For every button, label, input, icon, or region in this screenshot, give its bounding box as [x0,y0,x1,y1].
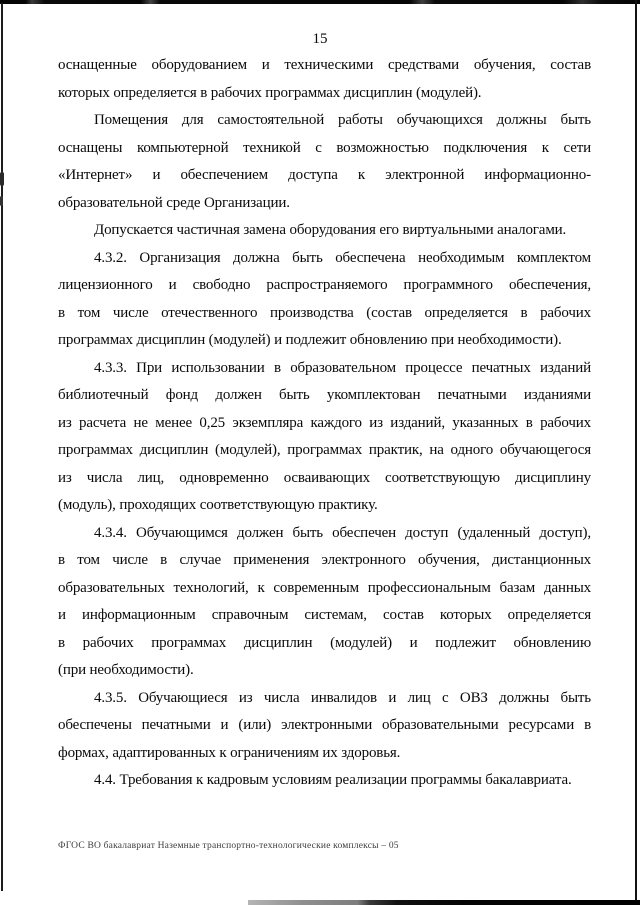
scan-artifact-blob [0,172,4,186]
scan-artifact-right-border [635,0,637,902]
text-line: формах, адаптированных к ограничениям их… [58,740,591,768]
text-line: оснащены компьютерной техникой с возможн… [58,135,591,163]
text-line: «Интернет» и обеспечением доступа к элек… [58,162,591,190]
text-line: и информационным справочным системам, со… [58,602,591,630]
text-line: 4.3.5. Обучающиеся из числа инвалидов и … [58,685,591,713]
text-line: которых определяется в рабочих программа… [58,80,591,108]
text-line: обеспечены печатными и (или) электронным… [58,712,591,740]
footer-text: ФГОС ВО бакалавриат Наземные транспортно… [58,841,598,851]
text-line: образовательной среде Организации. [58,190,591,218]
text-line: из числа лиц, одновременно осваивающих с… [58,465,591,493]
text-line: (модуль), проходящих соответствующую пра… [58,492,591,520]
document-body: оснащенные оборудованием и техническими … [58,52,591,795]
page-number: 15 [0,31,640,48]
scan-artifact-left-border [1,3,3,891]
text-line: в том числе отечественного производства … [58,300,591,328]
text-line: образовательных технологий, к современны… [58,575,591,603]
scan-artifact-blob [0,196,3,206]
text-line: лицензионного и свободно распространяемо… [58,272,591,300]
text-line: 4.3.2. Организация должна быть обеспечен… [58,245,591,273]
text-line: (при необходимости). [58,657,591,685]
text-line: в рабочих программах дисциплин (модулей)… [58,630,591,658]
text-line: из расчета не менее 0,25 экземпляра кажд… [58,410,591,438]
text-line: 4.4. Требования к кадровым условиям реал… [58,767,591,795]
text-line: программах дисциплин (модулей) и подлежи… [58,327,591,355]
text-line: библиотечный фонд должен быть укомплекто… [58,382,591,410]
text-line: Допускается частичная замена оборудовани… [58,217,591,245]
scan-artifact-top-bar [0,0,640,4]
text-line: оснащенные оборудованием и техническими … [58,52,591,80]
text-line: 4.3.4. Обучающимся должен быть обеспечен… [58,520,591,548]
scan-artifact-bottom-bar [248,900,640,905]
text-line: 4.3.3. При использовании в образовательн… [58,355,591,383]
text-line: в том числе в случае применения электрон… [58,547,591,575]
text-line: Помещения для самостоятельной работы обу… [58,107,591,135]
text-line: программах дисциплин (модулей), программ… [58,437,591,465]
